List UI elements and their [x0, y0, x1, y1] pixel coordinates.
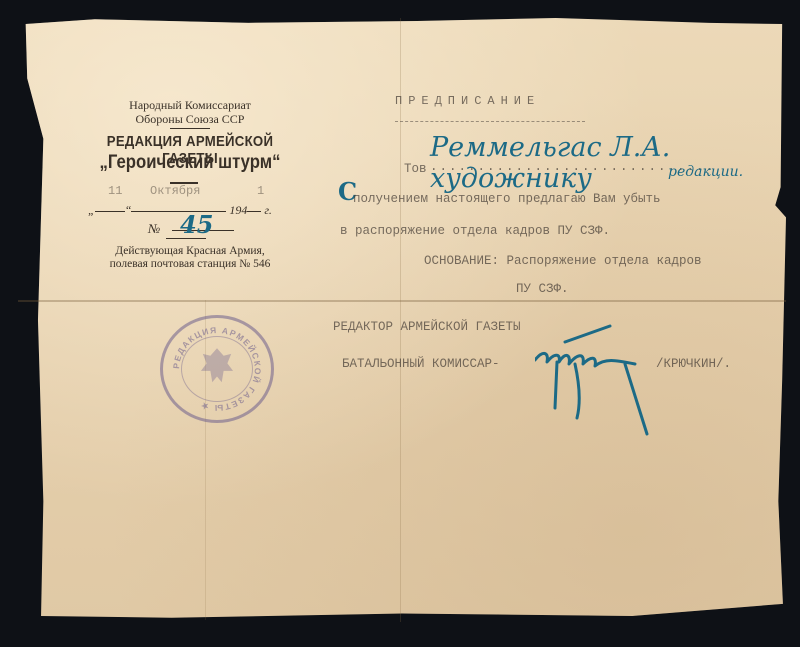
letterhead-newspaper-name: „Героический штурм“: [89, 152, 291, 174]
handwritten-number: 45: [180, 210, 213, 239]
title-underline: [395, 120, 585, 122]
letterhead-ministry: Народный Комиссариат Обороны Союза ССР: [85, 98, 295, 126]
handwritten-name: Реммельгас Л.А. художнику: [430, 132, 800, 194]
body-line2: в распоряжение отдела кадров ПУ СЗФ.: [340, 224, 610, 238]
date-day: 11: [108, 184, 122, 198]
document-title: ПРЕДПИСАНИЕ: [395, 94, 540, 108]
round-stamp: РЕДАКЦИЯ АРМЕЙСКОЙ ГАЗЕТЫ ★: [160, 315, 274, 423]
editor-name: /КРЮЧКИН/.: [656, 357, 731, 371]
editor-title: РЕДАКТОР АРМЕЙСКОЙ ГАЗЕТЫ: [333, 320, 521, 334]
date-month: Октября: [150, 184, 200, 198]
footer-line1: Действующая Красная Армия,: [85, 245, 295, 258]
letterhead-line1: Народный Комиссариат: [85, 98, 295, 112]
basis-line: ОСНОВАНИЕ: Распоряжение отдела кадров: [424, 254, 702, 268]
letterhead-footer: Действующая Красная Армия, полевая почто…: [85, 245, 295, 271]
signature-icon: [535, 322, 655, 437]
date-template-g: г.: [264, 203, 272, 217]
basis-line2: ПУ СЗФ.: [516, 282, 569, 296]
letterhead-rule: [170, 128, 210, 129]
stamp-emblem-icon: РЕДАКЦИЯ АРМЕЙСКОЙ ГАЗЕТЫ ★: [163, 318, 271, 420]
body-line1: получением настоящего предлагаю Вам убыт…: [353, 192, 661, 206]
tov-label: Тов: [404, 162, 427, 176]
date-year-digit: 1: [257, 184, 264, 198]
letterhead-line2: Обороны Союза ССР: [85, 112, 295, 126]
handwritten-position: редакции.: [668, 164, 743, 180]
footer-line2: полевая почтовая станция № 546: [85, 258, 295, 271]
fold-line-horizontal: [18, 300, 786, 302]
editor-rank: БАТАЛЬОННЫЙ КОМИССАР-: [342, 357, 500, 371]
date-template-year: 194: [229, 203, 247, 217]
number-label: №: [148, 221, 160, 237]
